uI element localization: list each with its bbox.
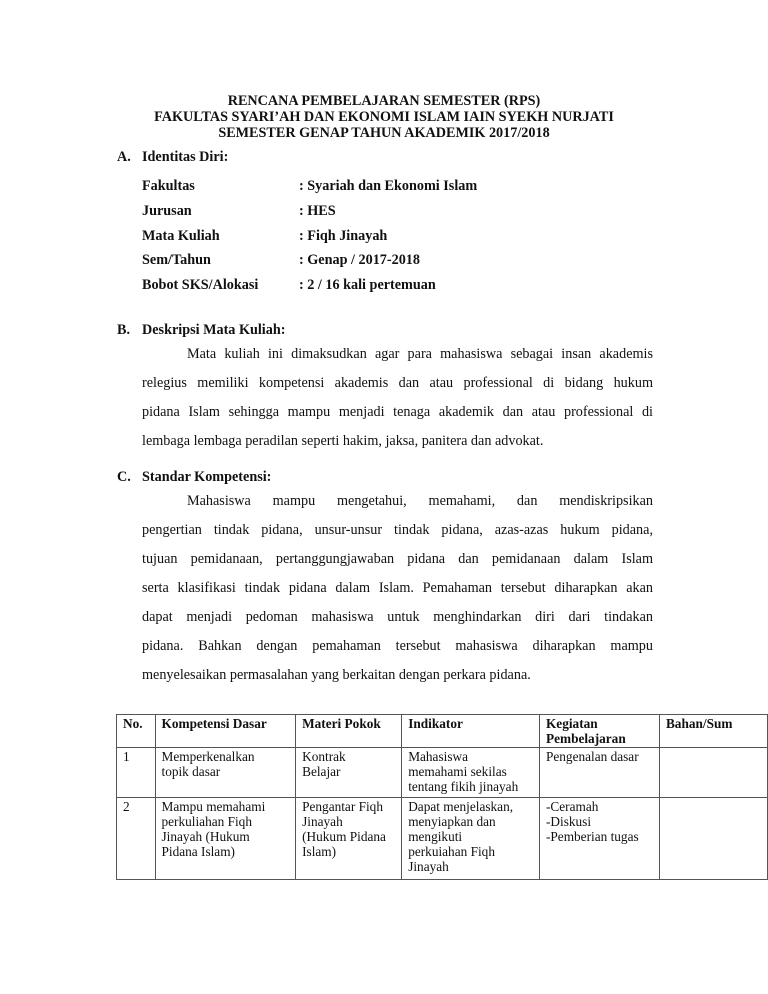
paragraph-line: pidana Islam sehingga mampu menjadi tena… <box>142 398 653 427</box>
cell-text-line: 2 <box>123 799 149 814</box>
header-indikator: Indikator <box>402 715 540 748</box>
table-header-row: No. Kompetensi Dasar Materi Pokok Indika… <box>117 715 768 748</box>
cell-text-line: menyiapkan dan <box>408 814 533 829</box>
paragraph-line: pengertian tindak pidana, unsur-unsur ti… <box>142 516 653 545</box>
paragraph-line: relegius memiliki kompetensi akademis da… <box>142 369 653 398</box>
cell-text-line: Pembelajaran <box>546 731 653 746</box>
paragraph-line: Mata kuliah ini dimaksudkan agar para ma… <box>142 340 653 369</box>
paragraph-line: serta klasifikasi tindak pidana dalam Is… <box>142 574 653 603</box>
cell-text-line: Islam) <box>302 844 395 859</box>
cell-text-line: Dapat menjelaskan, <box>408 799 533 814</box>
cell-text-line: Memperkenalkan <box>162 749 290 764</box>
cell-text-line: Kegiatan <box>546 716 653 731</box>
cell-text-line: Jinayah <box>302 814 395 829</box>
paragraph-line: lembaga lembaga peradilan seperti hakim,… <box>142 427 653 456</box>
cell-materi-pokok: KontrakBelajar <box>296 748 402 798</box>
section-letter: A. <box>117 149 131 166</box>
cell-text-line: -Pemberian tugas <box>546 829 653 844</box>
identity-value: : Syariah dan Ekonomi Islam <box>299 178 477 195</box>
cell-text-line: perkuiahan Fiqh <box>408 844 533 859</box>
identity-value: : Fiqh Jinayah <box>299 228 387 245</box>
cell-text-line: Jinayah <box>408 859 533 874</box>
doc-title-line-2: FAKULTAS SYARI’AH DAN EKONOMI ISLAM IAIN… <box>0 109 768 125</box>
cell-text-line: Bahan/Sum <box>666 716 761 731</box>
cell-text-line: Pengenalan dasar <box>546 749 653 764</box>
cell-text-line: Materi Pokok <box>302 716 395 731</box>
identity-value: : HES <box>299 203 336 220</box>
cell-text-line: -Diskusi <box>546 814 653 829</box>
cell-text-line: Kontrak <box>302 749 395 764</box>
paragraph-line: menyelesaikan permasalahan yang berkaita… <box>142 661 653 690</box>
cell-bahan <box>659 798 767 880</box>
identity-value: : Genap / 2017-2018 <box>299 252 420 269</box>
identity-label: Sem/Tahun <box>142 252 211 269</box>
course-description: Mata kuliah ini dimaksudkan agar para ma… <box>142 340 653 456</box>
competency-standard: Mahasiswa mampu mengetahui, memahami, da… <box>142 487 653 690</box>
table-row: 2 Mampu memahamiperkuliahan FiqhJinayah … <box>117 798 768 880</box>
cell-no: 1 <box>117 748 156 798</box>
cell-text-line: 1 <box>123 749 149 764</box>
header-kompetensi-dasar: Kompetensi Dasar <box>155 715 296 748</box>
cell-text-line: memahami sekilas <box>408 764 533 779</box>
header-materi-pokok: Materi Pokok <box>296 715 402 748</box>
cell-text-line: Mampu memahami <box>162 799 290 814</box>
cell-kegiatan: Pengenalan dasar <box>539 748 659 798</box>
cell-indikator: Mahasiswamemahami sekilastentang fikih j… <box>402 748 540 798</box>
document-page: RENCANA PEMBELAJARAN SEMESTER (RPS) FAKU… <box>0 0 768 994</box>
cell-text-line: No. <box>123 716 149 731</box>
table-row: 1 Memperkenalkantopik dasar KontrakBelaj… <box>117 748 768 798</box>
cell-materi-pokok: Pengantar FiqhJinayah(Hukum PidanaIslam) <box>296 798 402 880</box>
cell-kompetensi-dasar: Memperkenalkantopik dasar <box>155 748 296 798</box>
cell-bahan <box>659 748 767 798</box>
paragraph-line: dapat menjadi pedoman mahasiswa untuk me… <box>142 603 653 632</box>
header-kegiatan-pembelajaran: KegiatanPembelajaran <box>539 715 659 748</box>
paragraph-line: Mahasiswa mampu mengetahui, memahami, da… <box>142 487 653 516</box>
identity-value: : 2 / 16 kali pertemuan <box>299 277 436 294</box>
cell-kompetensi-dasar: Mampu memahamiperkuliahan FiqhJinayah (H… <box>155 798 296 880</box>
cell-text-line: Jinayah (Hukum <box>162 829 290 844</box>
cell-text-line: tentang fikih jinayah <box>408 779 533 794</box>
rps-table: No. Kompetensi Dasar Materi Pokok Indika… <box>116 714 768 880</box>
section-title: Deskripsi Mata Kuliah: <box>142 322 285 339</box>
doc-title-line-3: SEMESTER GENAP TAHUN AKADEMIK 2017/2018 <box>0 125 768 141</box>
cell-text-line: topik dasar <box>162 764 290 779</box>
cell-text-line: mengikuti <box>408 829 533 844</box>
cell-kegiatan: -Ceramah-Diskusi-Pemberian tugas <box>539 798 659 880</box>
cell-text-line: perkuliahan Fiqh <box>162 814 290 829</box>
cell-text-line: Mahasiswa <box>408 749 533 764</box>
identity-label: Bobot SKS/Alokasi <box>142 277 258 294</box>
paragraph-line: pidana. Bahkan dengan pemahaman tersebut… <box>142 632 653 661</box>
paragraph-line: tujuan pemidanaan, pertanggungjawaban pi… <box>142 545 653 574</box>
section-letter: B. <box>117 322 130 339</box>
identity-label: Fakultas <box>142 178 195 195</box>
cell-text-line: Indikator <box>408 716 533 731</box>
header-bahan-sumber: Bahan/Sum <box>659 715 767 748</box>
cell-text-line: (Hukum Pidana <box>302 829 395 844</box>
cell-text-line: Kompetensi Dasar <box>162 716 290 731</box>
cell-no: 2 <box>117 798 156 880</box>
cell-text-line: -Ceramah <box>546 799 653 814</box>
identity-label: Mata Kuliah <box>142 228 220 245</box>
section-title: Identitas Diri: <box>142 149 228 166</box>
cell-text-line: Belajar <box>302 764 395 779</box>
identity-label: Jurusan <box>142 203 192 220</box>
doc-title-line-1: RENCANA PEMBELAJARAN SEMESTER (RPS) <box>0 93 768 109</box>
cell-text-line: Pidana Islam) <box>162 844 290 859</box>
header-no: No. <box>117 715 156 748</box>
cell-indikator: Dapat menjelaskan,menyiapkan danmengikut… <box>402 798 540 880</box>
cell-text-line: Pengantar Fiqh <box>302 799 395 814</box>
section-letter: C. <box>117 469 131 486</box>
section-title: Standar Kompetensi: <box>142 469 271 486</box>
